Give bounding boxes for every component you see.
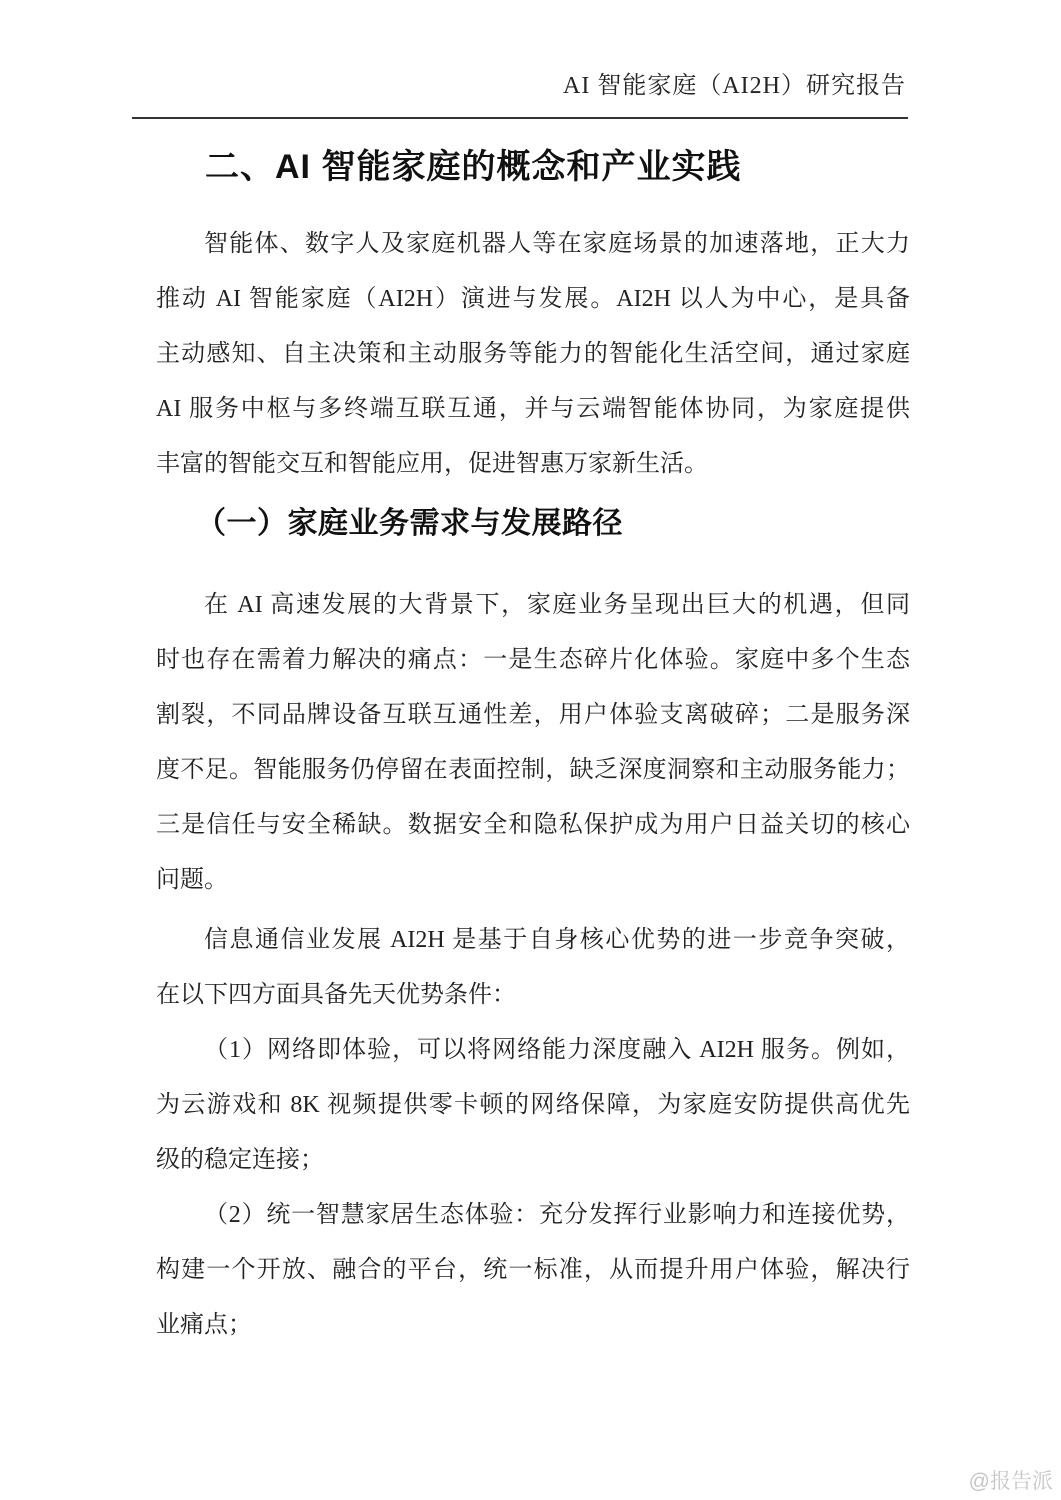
- body-line: 主动感知、自主决策和主动服务等能力的智能化生活空间，通过家庭: [156, 327, 910, 382]
- body-line: 丰富的智能交互和智能应用，促进智惠万家新生活。: [156, 437, 910, 492]
- document-page: AI 智能家庭（AI2H）研究报告 二、AI 智能家庭的概念和产业实践 智能体、…: [0, 0, 1061, 1500]
- body-line: 信息通信业发展 AI2H 是基于自身核心优势的进一步竞争突破，: [156, 913, 910, 968]
- body-line: 度不足。智能服务仍停留在表面控制，缺乏深度洞察和主动服务能力；: [156, 743, 910, 798]
- body-line: 问题。: [156, 853, 910, 908]
- paragraph-intro: 智能体、数字人及家庭机器人等在家庭场景的加速落地，正大力 推动 AI 智能家庭（…: [156, 217, 910, 492]
- running-header-title: AI 智能家庭（AI2H）研究报告: [563, 70, 906, 102]
- body-line: 业痛点；: [156, 1298, 910, 1353]
- body-line: 级的稳定连接；: [156, 1133, 910, 1188]
- body-line: 时也存在需着力解决的痛点：一是生态碎片化体验。家庭中多个生态: [156, 633, 910, 688]
- body-line: 割裂，不同品牌设备互联互通性差，用户体验支离破碎；二是服务深: [156, 688, 910, 743]
- paragraph-advantage-1: （1）网络即体验，可以将网络能力深度融入 AI2H 服务。例如， 为云游戏和 8…: [156, 1023, 910, 1188]
- body-line: 推动 AI 智能家庭（AI2H）演进与发展。AI2H 以人为中心，是具备: [156, 272, 910, 327]
- chapter-heading: 二、AI 智能家庭的概念和产业实践: [156, 144, 910, 190]
- body-line: 在 AI 高速发展的大背景下，家庭业务呈现出巨大的机遇，但同: [156, 578, 910, 633]
- paragraph-pain-points: 在 AI 高速发展的大背景下，家庭业务呈现出巨大的机遇，但同 时也存在需着力解决…: [156, 578, 910, 908]
- paragraph-advantage-2: （2）统一智慧家居生态体验：充分发挥行业影响力和连接优势， 构建一个开放、融合的…: [156, 1188, 910, 1353]
- body-line: （2）统一智慧家居生态体验：充分发挥行业影响力和连接优势，: [156, 1188, 910, 1243]
- body-line: 三是信任与安全稀缺。数据安全和隐私保护成为用户日益关切的核心: [156, 798, 910, 853]
- paragraph-advantages-intro: 信息通信业发展 AI2H 是基于自身核心优势的进一步竞争突破， 在以下四方面具备…: [156, 913, 910, 1023]
- body-line: 构建一个开放、融合的平台，统一标准，从而提升用户体验，解决行: [156, 1243, 910, 1298]
- body-line: 在以下四方面具备先天优势条件：: [156, 968, 910, 1023]
- watermark: @报告派: [969, 1470, 1053, 1494]
- body-line: （1）网络即体验，可以将网络能力深度融入 AI2H 服务。例如，: [156, 1023, 910, 1078]
- body-line: 智能体、数字人及家庭机器人等在家庭场景的加速落地，正大力: [156, 217, 910, 272]
- header-rule: [132, 117, 908, 119]
- section-heading: （一）家庭业务需求与发展路径: [156, 503, 910, 545]
- body-line: AI 服务中枢与多终端互联互通，并与云端智能体协同，为家庭提供: [156, 382, 910, 437]
- body-line: 为云游戏和 8K 视频提供零卡顿的网络保障，为家庭安防提供高优先: [156, 1078, 910, 1133]
